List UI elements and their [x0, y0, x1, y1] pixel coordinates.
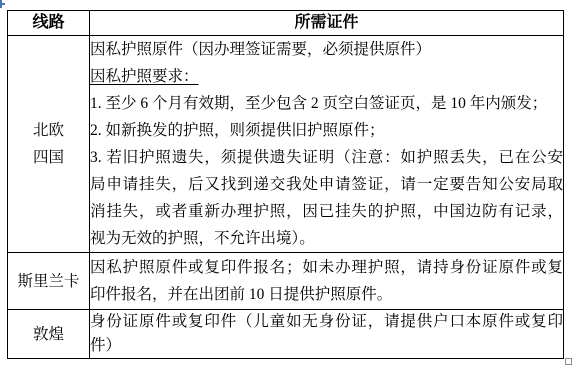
table-row-nordic: 北欧 四国 因私护照原件（因办理签证需要，必须提供原件） 因私护照要求： 1. …	[8, 36, 564, 253]
content-line: 印件报名，并在出团前 10 日提供护照原件。	[90, 281, 563, 308]
route-line: 斯里兰卡	[8, 268, 89, 295]
table-move-handle-icon[interactable]	[0, 0, 6, 9]
table-header-row: 线路 所需证件	[8, 11, 564, 36]
content-line: 1. 至少 6 个月有效期，至少包含 2 页空白签证页，是 10 年内颁发；	[90, 90, 563, 117]
documents-cell-srilanka[interactable]: 因私护照原件或复印件报名；如未办理护照，请持身份证原件或复 印件报名，并在出团前…	[90, 253, 564, 310]
header-required-documents[interactable]: 所需证件	[90, 11, 564, 36]
documents-cell-nordic[interactable]: 因私护照原件（因办理签证需要，必须提供原件） 因私护照要求： 1. 至少 6 个…	[90, 36, 564, 253]
route-line: 四国	[8, 144, 89, 171]
content-line: 件）	[90, 334, 563, 358]
move-handle-horizontal-bar	[0, 3, 5, 5]
route-line: 北欧	[8, 117, 89, 144]
content-line: 身份证原件或复印件（儿童如无身份证，请提供户口本原件或复印	[90, 310, 563, 334]
content-line: 视为无效的护照，不允许出境）。	[90, 225, 563, 252]
route-cell-nordic[interactable]: 北欧 四国	[8, 36, 90, 253]
route-cell-dunhuang[interactable]: 敦煌	[8, 310, 90, 359]
content-line: 局申请挂失，后又找到递交我处申请签证，请一定要告知公安局取	[90, 171, 563, 198]
table-row-dunhuang: 敦煌 身份证原件或复印件（儿童如无身份证，请提供户口本原件或复印 件）	[8, 310, 564, 359]
requirements-table: 线路 所需证件 北欧 四国 因私护照原件（因办理签证需要，必须提供原件） 因私护…	[7, 10, 564, 359]
route-line: 敦煌	[8, 321, 89, 348]
content-line: 2. 如新换发的护照，则须提供旧护照原件；	[90, 117, 563, 144]
documents-cell-dunhuang[interactable]: 身份证原件或复印件（儿童如无身份证，请提供户口本原件或复印 件）	[90, 310, 564, 359]
route-cell-srilanka[interactable]: 斯里兰卡	[8, 253, 90, 310]
content-line: 因私护照原件（因办理签证需要，必须提供原件）	[90, 36, 563, 63]
content-line: 3. 若旧护照遗失，须提供遗失证明（注意：如护照丢失，已在公安	[90, 144, 563, 171]
document-page: 线路 所需证件 北欧 四国 因私护照原件（因办理签证需要，必须提供原件） 因私护…	[0, 0, 577, 369]
table-resize-handle[interactable]	[565, 358, 572, 365]
header-route[interactable]: 线路	[8, 11, 90, 36]
table-row-srilanka: 斯里兰卡 因私护照原件或复印件报名；如未办理护照，请持身份证原件或复 印件报名，…	[8, 253, 564, 310]
content-line: 消挂失，或者重新办理护照，因已挂失的护照，中国边防有记录，	[90, 198, 563, 225]
content-line-underlined: 因私护照要求：	[90, 63, 563, 90]
content-line: 因私护照原件或复印件报名；如未办理护照，请持身份证原件或复	[90, 254, 563, 281]
